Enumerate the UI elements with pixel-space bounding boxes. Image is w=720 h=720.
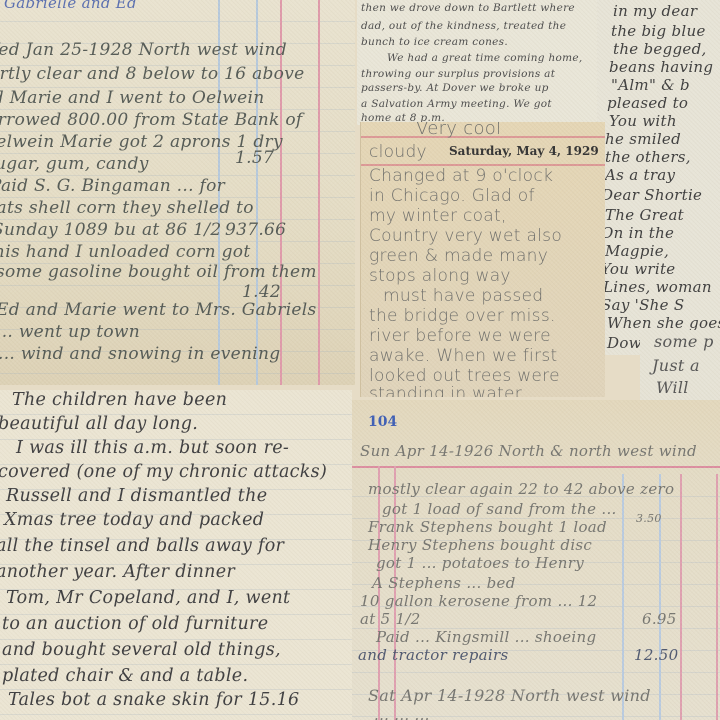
handwritten-line: another year. After dinner [0, 562, 235, 582]
handwritten-line: standing in water. [369, 384, 526, 397]
red-column-line [716, 474, 718, 720]
handwritten-line: Henry Stephens bought disc [368, 536, 592, 554]
handwritten-line: Country very wet also [369, 226, 562, 246]
handwritten-line: Say 'She S [601, 296, 684, 314]
handwritten-line: he smiled [605, 130, 681, 148]
handwritten-line: "Alm" & b [611, 76, 690, 94]
handwritten-line: then we drove down to Bartlett where [361, 2, 575, 14]
handwritten-line: the big blue [611, 22, 706, 40]
handwritten-line: Ed Marie and I went to Oelwein [0, 88, 264, 108]
amount: 937.66 [225, 220, 286, 240]
handwritten-line: bunch to ice cream cones. [361, 36, 508, 48]
handwritten-line: On in the [601, 224, 674, 242]
handwritten-line: all the tinsel and balls away for [0, 536, 284, 556]
handwritten-line: awake. When we first [369, 346, 557, 366]
handwritten-line: Wed Jan 25-1928 North west wind [0, 40, 287, 60]
handwritten-line: Paid ... Kingsmill ... shoeing [376, 628, 596, 646]
amount: 1.42 [242, 282, 281, 302]
note-text: Gabrielle and Ed [4, 0, 137, 12]
amount: 3.50 [636, 512, 662, 525]
handwritten-line: beans having [609, 58, 713, 76]
handwritten-line: the bridge over miss. [369, 306, 556, 326]
handwritten-line: partly clear and 8 below to 16 above [0, 64, 305, 84]
handwritten-line: ... ... ... [374, 706, 430, 720]
handwritten-line: Sat Apr 14-1928 North west wind [368, 686, 651, 705]
handwritten-line: Tom, Mr Copeland, and I, went [6, 588, 290, 608]
ledger-page-top-left: Gabrielle and Ed Wed Jan 25-1928 North w… [0, 0, 355, 385]
handwritten-line: covered (one of my chronic attacks) [0, 462, 327, 482]
handwritten-line: sugar, gum, candy [0, 154, 149, 174]
handwritten-line: in Chicago. Glad of [369, 186, 535, 206]
letter-page-bottom-left: The children have been beautiful all day… [0, 390, 352, 720]
handwritten-line: Magpie, [605, 242, 669, 260]
handwritten-line: at 5 1/2 [360, 610, 421, 628]
printed-date: Saturday, May 4, 1929 [449, 144, 599, 158]
handwritten-line: ... wind and snowing in evening [0, 344, 280, 364]
red-header-rule [352, 466, 720, 468]
handwritten-line: must have passed [383, 286, 543, 306]
ledger-page-bottom-right: 104 Sun Apr 14-1926 North & north west w… [352, 400, 720, 720]
handwritten-line: green & made many [369, 246, 548, 266]
handwritten-line: and tractor repairs [358, 646, 508, 664]
handwritten-line: oats shell corn they shelled to [0, 198, 254, 218]
diary-page: Very cool cloudy Saturday, May 4, 1929 C… [360, 122, 605, 397]
handwritten-line: You with [609, 112, 677, 130]
handwritten-line: pleased to [607, 94, 688, 112]
blue-column-line [622, 474, 624, 720]
weather-note: Very cool [416, 122, 501, 139]
handwritten-line: passers-by. At Dover we broke up [361, 82, 549, 94]
handwritten-line: to an auction of old furniture [2, 614, 268, 634]
handwritten-line: Tales bot a snake skin for 15.16 [8, 690, 299, 710]
handwritten-line: stops along way [369, 266, 511, 286]
handwritten-line: We had a great time coming home, [387, 52, 583, 64]
handwritten-line: Dear Shortie [601, 186, 702, 204]
handwritten-line: throwing our surplus provisions at [361, 68, 555, 80]
handwritten-line: Will [656, 378, 689, 397]
handwritten-line: Ed and Marie went to Mrs. Gabriels [0, 300, 317, 320]
handwritten-line: 10 gallon kerosene from ... 12 [360, 592, 597, 610]
journal-collage: Gabrielle and Ed Wed Jan 25-1928 North w… [0, 0, 720, 720]
amount: 1.57 [235, 148, 274, 168]
letter-fragment-right: in my dear the big blue the begged, bean… [597, 0, 720, 355]
letter-fragment-right-lower: some p Just a Will [640, 330, 720, 410]
weather-note: cloudy [369, 142, 427, 162]
handwritten-line: ... went up town [0, 322, 140, 342]
handwritten-line: the others, [605, 148, 691, 166]
handwritten-line: borrowed 800.00 from State Bank of [0, 110, 302, 130]
handwritten-line: Sunday 1089 bu at 86 1/2 [0, 220, 221, 240]
handwritten-line: You write [601, 260, 675, 278]
handwritten-line: and bought several old things, [2, 640, 281, 660]
handwritten-line: a Salvation Army meeting. We got [361, 98, 552, 110]
handwritten-line: his hand I unloaded corn got [0, 242, 250, 262]
handwritten-line: The Great [605, 206, 684, 224]
handwritten-line: Xmas tree today and packed [4, 510, 264, 530]
handwritten-line: got 1 ... potatoes to Henry [376, 554, 584, 572]
handwritten-line: Paid S. G. Bingaman ... for [0, 176, 225, 196]
handwritten-line: I was ill this a.m. but soon re- [16, 438, 289, 458]
amount: 6.95 [642, 610, 677, 628]
handwritten-line: mostly clear again 22 to 42 above zero [368, 480, 674, 498]
page-number: 104 [368, 414, 397, 430]
handwritten-line: my winter coat, [369, 206, 507, 226]
red-column-line [680, 474, 682, 720]
handwritten-line: dad, out of the kindness, treated the [361, 20, 566, 32]
handwritten-line: looked out trees were [369, 366, 560, 386]
letter-fragment-top-middle: then we drove down to Bartlett where dad… [357, 0, 597, 125]
handwritten-line: got 1 load of sand from the ... [382, 500, 617, 518]
handwritten-line: Lines, woman [603, 278, 712, 296]
handwritten-line: Frank Stephens bought 1 load [368, 518, 607, 536]
handwritten-line: A Stephens ... bed [372, 574, 516, 592]
handwritten-line: Sun Apr 14-1926 North & north west wind [360, 442, 697, 460]
handwritten-line: in my dear [613, 2, 697, 20]
handwritten-line: Russell and I dismantled the [6, 486, 267, 506]
handwritten-line: Changed at 9 o'clock [369, 166, 553, 186]
handwritten-line: the begged, [613, 40, 707, 58]
red-margin-line [318, 0, 320, 385]
blue-column-line [659, 474, 661, 720]
handwritten-line: Just a [652, 356, 700, 375]
handwritten-line: some gasoline bought oil from them [0, 262, 317, 282]
amount: 12.50 [634, 646, 678, 664]
handwritten-line: The children have been [12, 390, 227, 410]
handwritten-line: some p [654, 332, 714, 351]
handwritten-line: plated chair & and a table. [2, 666, 248, 686]
handwritten-line: river before we were [369, 326, 551, 346]
handwritten-line: beautiful all day long. [0, 414, 198, 434]
handwritten-line: As a tray [605, 166, 675, 184]
